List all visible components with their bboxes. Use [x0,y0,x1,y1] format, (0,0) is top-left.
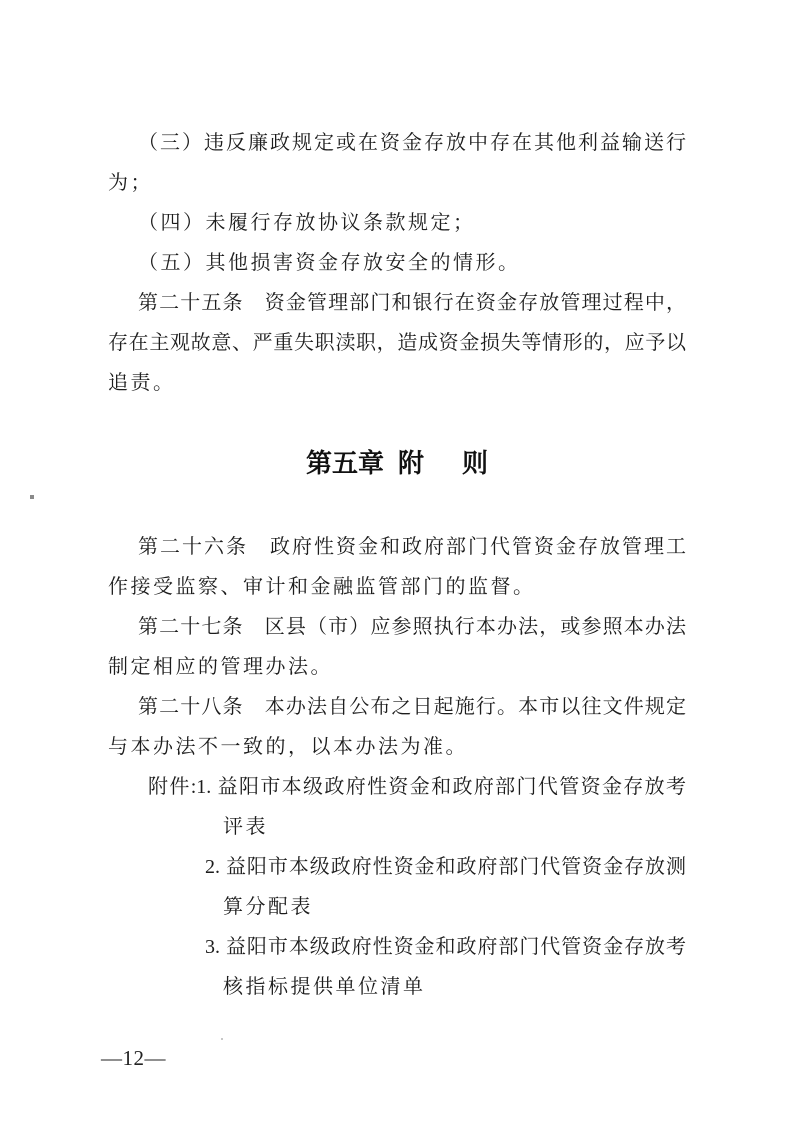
chapter-title-word: 则 [462,448,488,478]
chapter-number: 第五章 [306,448,384,478]
clause-line: 第二十七条 区县（市）应参照执行本办法，或参照本办法 [108,607,686,647]
attachment-line: 3. 益阳市本级政府性资金和政府部门代管资金存放考 [108,927,686,967]
clause-line: 追责。 [108,363,686,403]
attachment-line: 评表 [108,807,686,847]
attachment-line: 算分配表 [108,887,686,927]
chapter-heading: 第五章附则 [108,443,686,483]
document-page: （三）违反廉政规定或在资金存放中存在其他利益输送行 为； （四）未履行存放协议条… [0,0,793,1122]
clause-line: （五）其他损害资金存放安全的情形。 [108,243,686,283]
clause-line: 第二十八条 本办法自公布之日起施行。本市以往文件规定 [108,687,686,727]
clause-line: 与本办法不一致的，以本办法为准。 [108,727,686,767]
scan-artifact-dot [30,495,34,499]
clause-line: 存在主观故意、严重失职渎职，造成资金损失等情形的，应予以 [108,323,686,363]
clause-line: 第二十五条 资金管理部门和银行在资金存放管理过程中， [108,283,686,323]
page-number: —12— [101,1046,166,1071]
clause-line: （四）未履行存放协议条款规定； [108,203,686,243]
clause-line: （三）违反廉政规定或在资金存放中存在其他利益输送行 [108,123,686,163]
document-text-block: （三）违反廉政规定或在资金存放中存在其他利益输送行 为； （四）未履行存放协议条… [108,123,686,1007]
attachment-line: 核指标提供单位清单 [108,967,686,1007]
clause-line: 作接受监察、审计和金融监管部门的监督。 [108,567,686,607]
clause-line: 制定相应的管理办法。 [108,647,686,687]
clause-line: 为； [108,163,686,203]
scan-artifact-dot [221,1038,223,1040]
attachment-line: 2. 益阳市本级政府性资金和政府部门代管资金存放测 [108,847,686,887]
clause-line: 第二十六条 政府性资金和政府部门代管资金存放管理工 [108,527,686,567]
attachment-line: 附件:1. 益阳市本级政府性资金和政府部门代管资金存放考 [108,767,686,807]
chapter-title-word: 附 [398,448,424,478]
